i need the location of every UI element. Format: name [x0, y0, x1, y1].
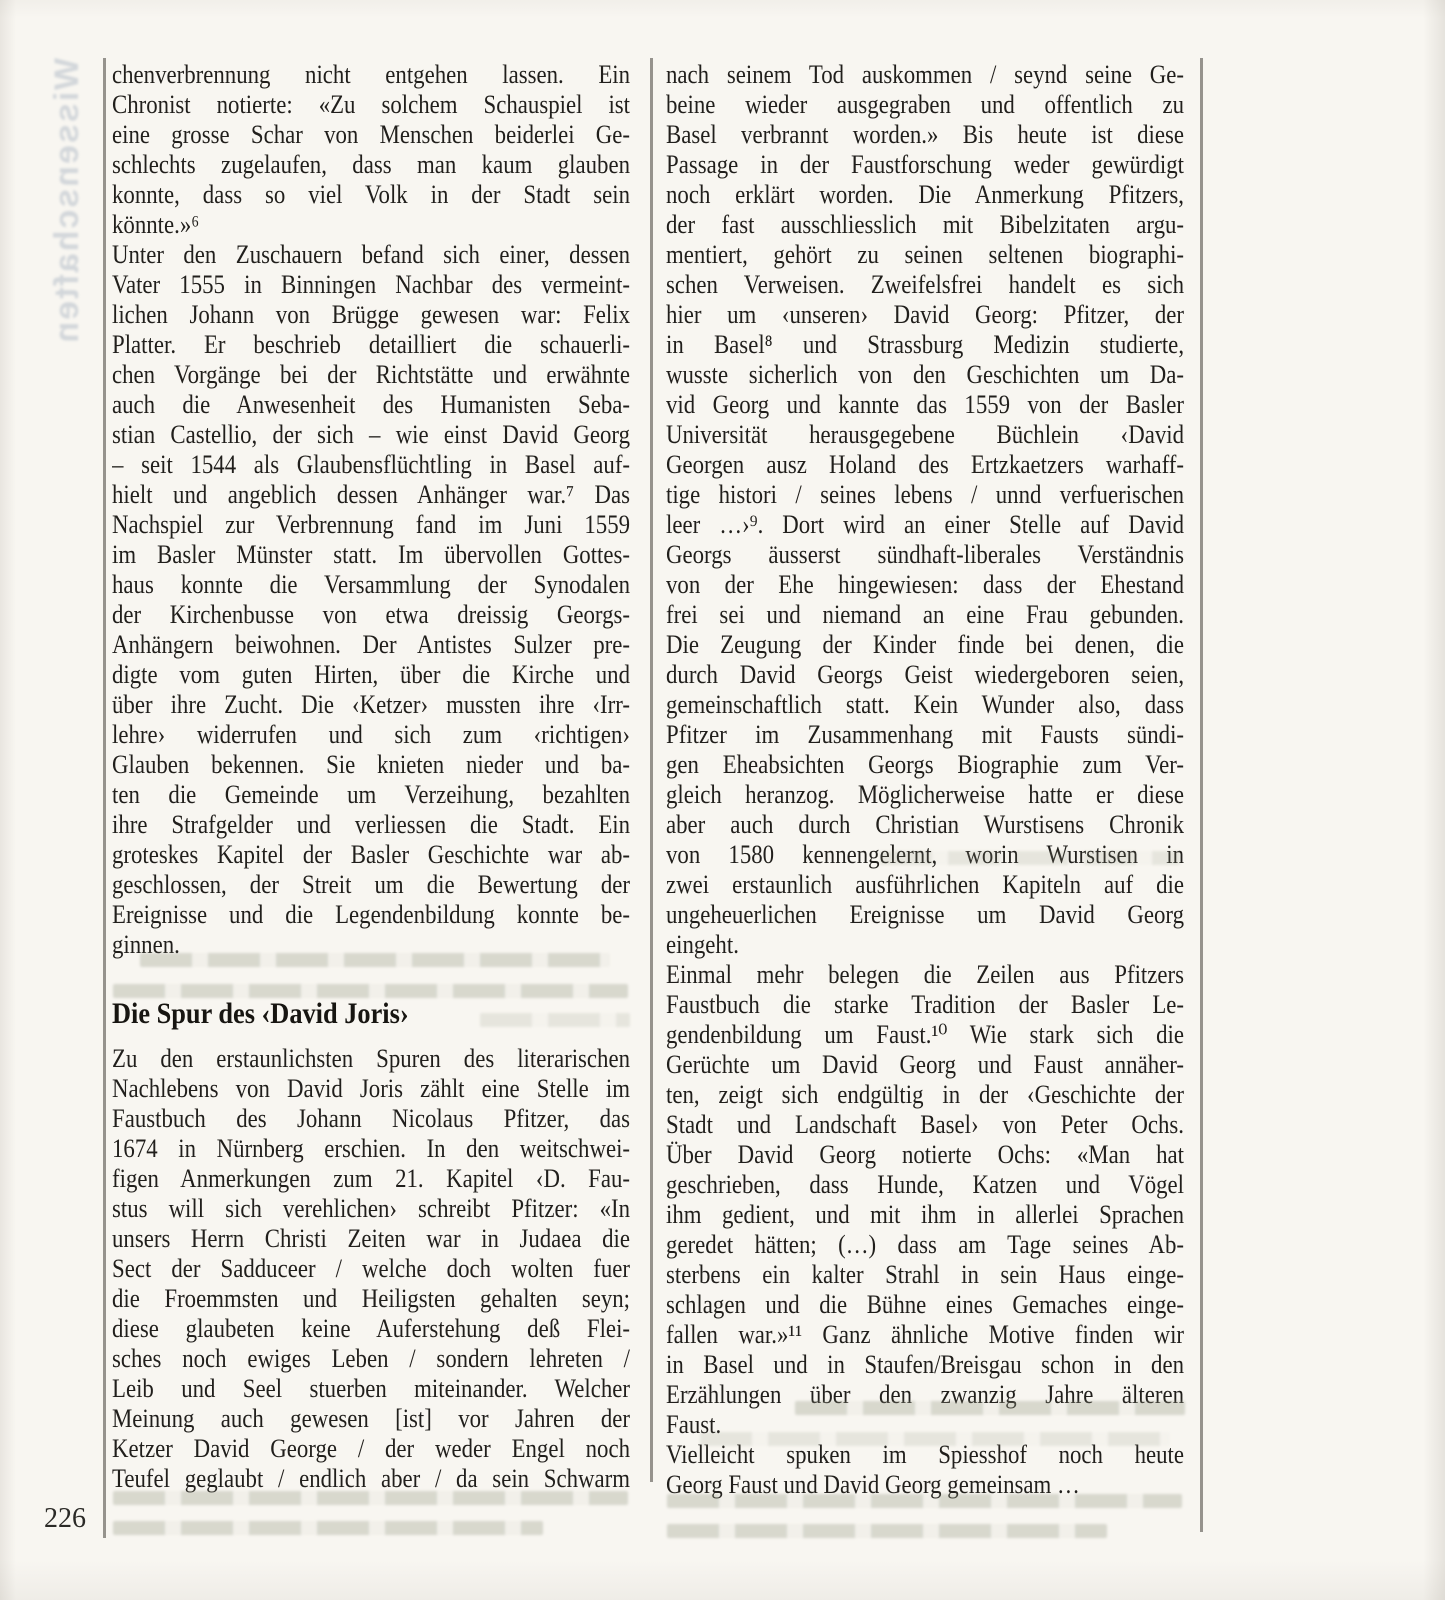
text-column-left: chenverbrennung nicht entgehen lassen. E… — [112, 60, 630, 1494]
text-line: könnte.»⁶ — [112, 210, 630, 240]
text-line: Ketzer David George / der weder Engel no… — [112, 1434, 630, 1464]
text-line: Einmal mehr belegen die Zeilen aus Pfitz… — [666, 960, 1184, 990]
text-line: sches noch ewiges Leben / sondern lehret… — [112, 1344, 630, 1374]
text-line: gleich heranzog. Möglicherweise hatte er… — [666, 780, 1184, 810]
text-line: Passage in der Faustforschung weder gewü… — [666, 150, 1184, 180]
text-line: Faustbuch des Johann Nicolaus Pfitzer, d… — [112, 1104, 630, 1134]
ghost-bleedthrough-line — [880, 851, 1180, 865]
text-line: von der Ehe hingewiesen: dass der Ehesta… — [666, 570, 1184, 600]
ghost-bleedthrough-line — [480, 1013, 630, 1027]
text-line: leer …›⁹. Dort wird an einer Stelle auf … — [666, 510, 1184, 540]
text-line: durch David Georgs Geist wiedergeboren s… — [666, 660, 1184, 690]
text-line: sterbens ein kalter Strahl in sein Haus … — [666, 1260, 1184, 1290]
text-line: vid Georg und kannte das 1559 von der Ba… — [666, 390, 1184, 420]
text-line: die Froemmsten und Heiligsten gehalten s… — [112, 1284, 630, 1314]
text-line: haus konnte die Versammlung der Synodale… — [112, 570, 630, 600]
text-line: ten die Gemeinde um Verzeihung, bezahlte… — [112, 780, 630, 810]
text-line: Platter. Er beschrieb detailliert die sc… — [112, 330, 630, 360]
text-line: 1674 in Nürnberg erschien. In den weitsc… — [112, 1134, 630, 1164]
text-line: schlechts zugelaufen, dass man kaum glau… — [112, 150, 630, 180]
text-line: eine grosse Schar von Menschen beiderlei… — [112, 120, 630, 150]
text-line: schlagen und die Bühne eines Gemaches ei… — [666, 1290, 1184, 1320]
text-line: Glauben bekennen. Sie knieten nieder und… — [112, 750, 630, 780]
right-margin-rule — [1200, 58, 1203, 1532]
ghost-bleedthrough-line — [667, 1524, 1107, 1538]
text-line: lehre› widerrufen und sich zum ‹richtige… — [112, 720, 630, 750]
ghost-bleedthrough-line — [700, 1432, 1170, 1446]
text-line: ihre Strafgelder und verliessen die Stad… — [112, 810, 630, 840]
text-line: figen Anmerkungen zum 21. Kapitel ‹D. Fa… — [112, 1164, 630, 1194]
text-line: hielt und angeblich dessen Anhänger war.… — [112, 480, 630, 510]
ghost-bleedthrough-line — [113, 1491, 628, 1505]
text-line: in Basel⁸ und Strassburg Medizin studier… — [666, 330, 1184, 360]
ghost-bleedthrough-line — [140, 953, 610, 967]
text-line: auch die Anwesenheit des Humanisten Seba… — [112, 390, 630, 420]
paragraph: nach seinem Tod auskommen / seynd seine … — [666, 60, 1184, 960]
paragraph: Zu den erstaunlichsten Spuren des litera… — [112, 1044, 630, 1494]
text-line: frei sei und niemand an eine Frau gebund… — [666, 600, 1184, 630]
text-line: Georgs äusserst sündhaft-liberales Verst… — [666, 540, 1184, 570]
ghost-bleedthrough-line — [667, 1494, 1182, 1508]
text-line: stian Castellio, der sich – wie einst Da… — [112, 420, 630, 450]
paragraph: Unter den Zuschauern befand sich einer, … — [112, 240, 630, 960]
page-number: 226 — [44, 1504, 86, 1534]
text-line: geschlossen, der Streit um die Bewertung… — [112, 870, 630, 900]
text-line: über ihre Zucht. Die ‹Ketzer› mussten ih… — [112, 690, 630, 720]
text-line: Meinung auch gewesen [ist] vor Jahren de… — [112, 1404, 630, 1434]
text-line: chenverbrennung nicht entgehen lassen. E… — [112, 60, 630, 90]
ghost-bleedthrough-line — [113, 1521, 543, 1535]
text-line: Die Zeugung der Kinder finde bei denen, … — [666, 630, 1184, 660]
text-line: in Basel und in Staufen/Breisgau schon i… — [666, 1350, 1184, 1380]
text-line: zwei erstaunlich ausführlichen Kapiteln … — [666, 870, 1184, 900]
text-line: – seit 1544 als Glaubensflüchtling in Ba… — [112, 450, 630, 480]
text-line: geschrieben, dass Hunde, Katzen und Vöge… — [666, 1170, 1184, 1200]
text-line: Teufel geglaubt / endlich aber / da sein… — [112, 1464, 630, 1494]
text-line: Gerüchte um David Georg und Faust annähe… — [666, 1050, 1184, 1080]
text-line: Chronist notierte: «Zu solchem Schauspie… — [112, 90, 630, 120]
text-line: der Kirchenbusse von etwa dreissig Georg… — [112, 600, 630, 630]
text-line: geredet hätten; (…) dass am Tage seines … — [666, 1230, 1184, 1260]
text-line: Unter den Zuschauern befand sich einer, … — [112, 240, 630, 270]
text-line: hier um ‹unseren› David Georg: Pfitzer, … — [666, 300, 1184, 330]
text-line: ten, zeigt sich endgültig in der ‹Geschi… — [666, 1080, 1184, 1110]
text-line: Über David Georg notierte Ochs: «Man hat — [666, 1140, 1184, 1170]
text-line: nach seinem Tod auskommen / seynd seine … — [666, 60, 1184, 90]
text-line: Zu den erstaunlichsten Spuren des litera… — [112, 1044, 630, 1074]
ghost-bleedthrough-line — [795, 1401, 1185, 1415]
text-line: digte vom guten Hirten, über die Kirche … — [112, 660, 630, 690]
text-column-right: nach seinem Tod auskommen / seynd seine … — [666, 60, 1184, 1500]
text-line: Leib und Seel stuerben miteinander. Welc… — [112, 1374, 630, 1404]
text-line: Nachspiel zur Verbrennung fand im Juni 1… — [112, 510, 630, 540]
text-line: tige histori / seines lebens / unnd verf… — [666, 480, 1184, 510]
text-line: gemeinschaftlich statt. Kein Wunder also… — [666, 690, 1184, 720]
text-line: im Basler Münster statt. Im übervollen G… — [112, 540, 630, 570]
paragraph: Einmal mehr belegen die Zeilen aus Pfitz… — [666, 960, 1184, 1440]
text-line: groteskes Kapitel der Basler Geschichte … — [112, 840, 630, 870]
column-divider-rule — [650, 58, 653, 1482]
text-line: fallen war.»¹¹ Ganz ähnliche Motive find… — [666, 1320, 1184, 1350]
ghost-bleedthrough-line — [113, 984, 628, 998]
text-line: ihm gedient, und mit ihm in allerlei Spr… — [666, 1200, 1184, 1230]
paragraph: Vielleicht spuken im Spiesshof noch heut… — [666, 1440, 1184, 1500]
text-line: Faustbuch die starke Tradition der Basle… — [666, 990, 1184, 1020]
text-line: Georgen ausz Holand des Ertzkaetzers war… — [666, 450, 1184, 480]
text-line: Anhängern beiwohnen. Der Antistes Sulzer… — [112, 630, 630, 660]
text-line: Basel verbrannt worden.» Bis heute ist d… — [666, 120, 1184, 150]
text-line: aber auch durch Christian Wurstisens Chr… — [666, 810, 1184, 840]
scanned-book-page: Wissenschaften chenverbrennung nicht ent… — [0, 0, 1445, 1600]
text-line: wusste sicherlich von den Geschichten um… — [666, 360, 1184, 390]
text-line: Ereignisse und die Legendenbildung konnt… — [112, 900, 630, 930]
text-line: Universität herausgegebene Büchlein ‹Dav… — [666, 420, 1184, 450]
text-line: schen Verweisen. Zweifelsfrei handelt es… — [666, 270, 1184, 300]
text-line: Nachlebens von David Joris zählt eine St… — [112, 1074, 630, 1104]
text-line: beine wieder ausgegraben und offentlich … — [666, 90, 1184, 120]
text-line: stus will sich verehlichen› schreibt Pfi… — [112, 1194, 630, 1224]
text-line: noch erklärt worden. Die Anmerkung Pfitz… — [666, 180, 1184, 210]
text-line: Vater 1555 in Binningen Nachbar des verm… — [112, 270, 630, 300]
text-line: Sect der Sadduceer / welche doch wolten … — [112, 1254, 630, 1284]
text-line: der fast ausschliesslich mit Bibelzitate… — [666, 210, 1184, 240]
text-line: unsers Herrn Christi Zeiten war in Judae… — [112, 1224, 630, 1254]
paragraph: chenverbrennung nicht entgehen lassen. E… — [112, 60, 630, 240]
text-line: ungeheuerlichen Ereignisse um David Geor… — [666, 900, 1184, 930]
text-line: gendenbildung um Faust.¹⁰ Wie stark sich… — [666, 1020, 1184, 1050]
text-line: konnte, dass so viel Volk in der Stadt s… — [112, 180, 630, 210]
text-line: chen Vorgänge bei der Richtstätte und er… — [112, 360, 630, 390]
text-line: eingeht. — [666, 930, 1184, 960]
text-line: mentiert, gehört zu seinen seltenen biog… — [666, 240, 1184, 270]
text-line: lichen Johann von Brügge gewesen war: Fe… — [112, 300, 630, 330]
text-line: diese glaubeten keine Auferstehung deß F… — [112, 1314, 630, 1344]
left-margin-rule — [103, 58, 106, 1538]
text-line: Pfitzer im Zusammenhang mit Fausts sündi… — [666, 720, 1184, 750]
text-line: Stadt und Landschaft Basel› von Peter Oc… — [666, 1110, 1184, 1140]
bleedthrough-margin-label: Wissenschaften — [48, 58, 92, 310]
text-line: gen Eheabsichten Georgs Biographie zum V… — [666, 750, 1184, 780]
